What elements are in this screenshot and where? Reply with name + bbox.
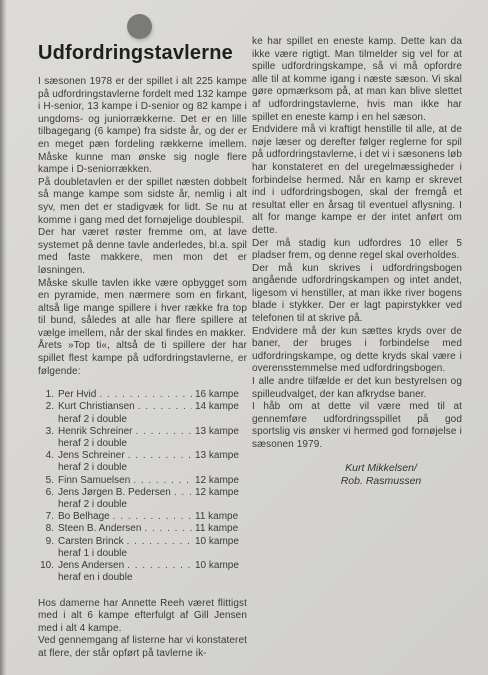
list-item-value: 13 kampe: [195, 426, 247, 438]
paragraph: På doubletavlen er der spillet næsten do…: [38, 177, 247, 227]
list-item-sub: heraf en i double: [58, 572, 247, 584]
list-item-value: 10 kampe: [195, 560, 247, 572]
list-item-name: Steen B. Andersen: [58, 523, 141, 535]
dot-leader: [138, 401, 192, 413]
list-item: 1. Per Hvid 16 kampe: [38, 389, 247, 401]
list-item-name: Jens Jørgen B. Pedersen: [58, 487, 171, 499]
list-item-value: 11 kampe: [195, 511, 247, 523]
list-item-rank: 3.: [38, 426, 54, 438]
paragraph: Endvidere må der kun sættes kryds over d…: [252, 326, 462, 376]
list-item: 8. Steen B. Andersen 11 kampe: [38, 523, 247, 535]
list-item: 6. Jens Jørgen B. Pedersen 12 kampe: [38, 487, 247, 499]
page-title: Udfordringstavlerne: [38, 42, 247, 64]
dot-leader: [144, 523, 192, 535]
paragraph: Der har været røster fremme om, at lave …: [38, 227, 247, 277]
list-item-value: 13 kampe: [195, 450, 247, 462]
dot-leader: [174, 487, 192, 499]
dot-leader: [133, 475, 192, 487]
list-item-name: Jens Andersen: [58, 560, 124, 572]
paragraph: Måske skulle tavlen ikke være opbygget s…: [38, 278, 247, 341]
left-column: Udfordringstavlerne I sæsonen 1978 er de…: [38, 36, 247, 660]
paragraph: Hos damerne har Annette Reeh været flitt…: [38, 598, 247, 636]
paragraph: I sæsonen 1978 er der spillet i alt 225 …: [38, 76, 247, 177]
list-item-rank: 8.: [38, 523, 54, 535]
list-item-name: Bo Belhage: [58, 511, 110, 523]
dot-leader: [127, 536, 192, 548]
list-item-sub: heraf 1 i double: [58, 548, 247, 560]
paragraph: Ved gennemgang af listerne har vi konsta…: [38, 635, 247, 660]
list-item-rank: 5.: [38, 475, 54, 487]
list-item-value: 16 kampe: [195, 389, 247, 401]
list-item: 10. Jens Andersen 10 kampe: [38, 560, 247, 572]
dot-leader: [128, 450, 192, 462]
list-item-name: Jens Schreiner: [58, 450, 125, 462]
list-item-name: Per Hvid: [58, 389, 96, 401]
dot-leader: [113, 511, 192, 523]
list-item-sub: heraf 2 i double: [58, 438, 247, 450]
paragraph: Endvidere må vi kraftigt henstille til a…: [252, 124, 462, 237]
dot-leader: [135, 426, 192, 438]
list-item-rank: 10.: [38, 560, 54, 572]
list-item-value: 10 kampe: [195, 536, 247, 548]
list-item: 9. Carsten Brinck 10 kampe: [38, 536, 247, 548]
list-item-name: Kurt Christiansen: [58, 401, 135, 413]
list-item-name: Henrik Schreiner: [58, 426, 132, 438]
dot-leader: [127, 560, 192, 572]
dot-leader: [99, 389, 192, 401]
paragraph: ke har spillet en eneste kamp. Dette kan…: [252, 36, 462, 124]
list-item-rank: 9.: [38, 536, 54, 548]
list-item-value: 12 kampe: [195, 487, 247, 499]
paragraph: Årets »Top ti«, altså de ti spillere der…: [38, 340, 247, 378]
list-item-rank: 7.: [38, 511, 54, 523]
list-item-value: 14 kampe: [195, 401, 247, 413]
document-page: Udfordringstavlerne I sæsonen 1978 er de…: [0, 0, 488, 675]
list-item-rank: 2.: [38, 401, 54, 413]
list-item-name: Finn Samuelsen: [58, 475, 130, 487]
list-item-rank: 1.: [38, 389, 54, 401]
list-item-sub: heraf 2 i double: [58, 414, 247, 426]
paragraph: Der må kun skrives i udfordringsbogen an…: [252, 263, 462, 326]
list-item: 4. Jens Schreiner 13 kampe: [38, 450, 247, 462]
right-column: ke har spillet en eneste kamp. Dette kan…: [252, 36, 462, 660]
list-item-value: 11 kampe: [195, 523, 247, 535]
signature: Kurt Mikkelsen/ Rob. Rasmussen: [252, 462, 462, 488]
list-item: 2. Kurt Christiansen 14 kampe: [38, 401, 247, 413]
paragraph: Der må stadig kun udfordres 10 eller 5 p…: [252, 238, 462, 263]
list-item: 3. Henrik Schreiner 13 kampe: [38, 426, 247, 438]
list-item-sub: heraf 2 i double: [58, 499, 247, 511]
paragraph: I håb om at dette vil være med til at ge…: [252, 401, 462, 451]
list-item: 5. Finn Samuelsen 12 kampe: [38, 475, 247, 487]
list-item-name: Carsten Brinck: [58, 536, 124, 548]
list-item: 7. Bo Belhage 11 kampe: [38, 511, 247, 523]
signature-line-1: Kurt Mikkelsen/: [300, 462, 462, 475]
list-item-rank: 4.: [38, 450, 54, 462]
list-item-rank: 6.: [38, 487, 54, 499]
paragraph: I alle andre tilfælde er det kun bestyre…: [252, 376, 462, 401]
list-item-sub: heraf 2 i double: [58, 462, 247, 474]
signature-line-2: Rob. Rasmussen: [300, 475, 462, 488]
list-item-value: 12 kampe: [195, 475, 247, 487]
top-ten-list: 1. Per Hvid 16 kampe 2. Kurt Christianse…: [38, 389, 247, 584]
